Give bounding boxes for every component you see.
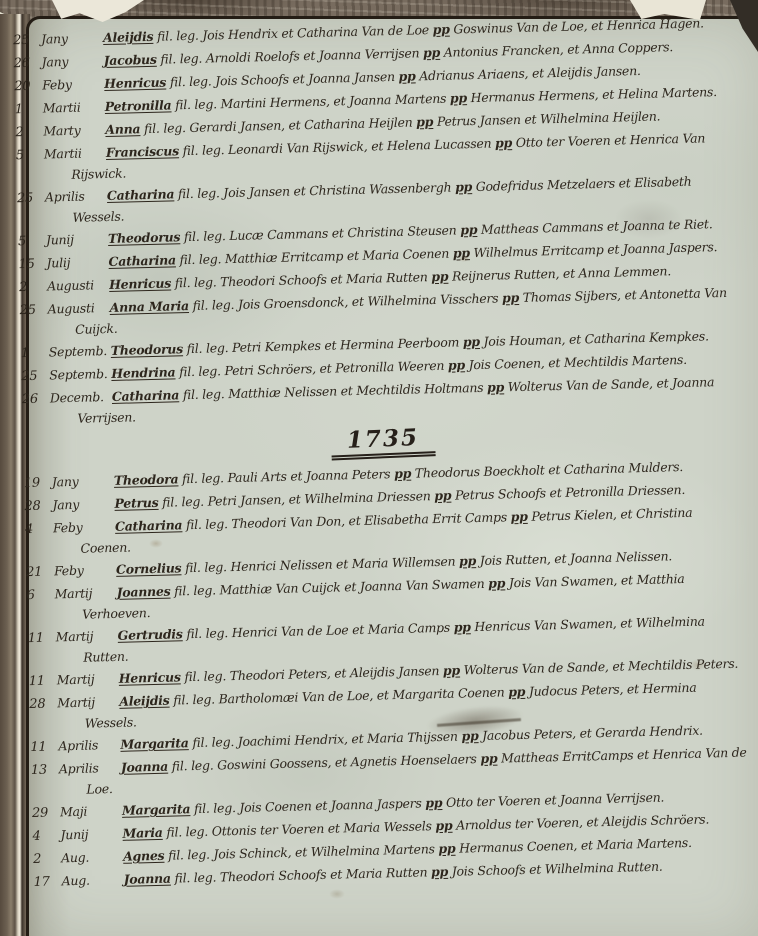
entry-child-name: Petrus — [114, 495, 158, 511]
entry-day: 1 — [21, 343, 49, 364]
entry-month: Martii — [44, 143, 106, 165]
entry-day: 2 — [33, 849, 61, 870]
entry-child-name: Jacobus — [103, 52, 156, 68]
entry-day: 11 — [28, 628, 56, 649]
entry-child-name: Cornelius — [116, 560, 182, 577]
entry-pp-mark: pp — [488, 575, 505, 590]
entry-parents: fil. leg. Theodori Schoofs et Maria Rutt… — [174, 864, 427, 885]
entry-child-name: Anna — [105, 121, 140, 137]
entry-month: Aprilis — [45, 186, 107, 208]
entry-day: 28 — [29, 694, 57, 715]
entry-day: 25 — [19, 300, 47, 321]
entry-day: 1 — [15, 100, 43, 121]
entry-child-name: Joanna — [121, 759, 168, 775]
entry-parents: fil. leg. Matthiæ Erritcamp et Maria Coe… — [179, 246, 449, 268]
entry-pp-mark: pp — [508, 684, 525, 699]
entry-sponsors: Adrianus Ariaens, et Aleijdis Jansen. — [419, 63, 641, 83]
entry-day: 6 — [26, 585, 54, 606]
entry-month: Junij — [46, 229, 108, 251]
entry-child-name: Aleijdis — [119, 693, 170, 709]
entry-pp-mark: pp — [416, 114, 433, 129]
entry-parents: fil. leg. Lucæ Cammans et Christina Steu… — [184, 222, 457, 244]
entry-sponsors: Jois Schoofs et Wilhelmina Rutten. — [452, 859, 663, 879]
entry-child-name: Hendrina — [111, 364, 175, 381]
entry-pp-mark: pp — [435, 818, 452, 833]
entry-pp-mark: pp — [455, 179, 472, 194]
entry-month: Martij — [54, 583, 116, 605]
entry-parents: fil. leg. Goswini Goossens, et Agnetis H… — [172, 751, 477, 773]
entry-sponsors: Mattheas Cammans et Joanna te Riet. — [481, 216, 713, 237]
entry-day: 25 — [21, 366, 49, 387]
entry-child-name: Henricus — [119, 669, 181, 686]
entry-day: 15 — [18, 255, 46, 276]
entry-day: 11 — [29, 671, 57, 692]
entry-pp-mark: pp — [431, 864, 448, 879]
entry-month: Martij — [57, 669, 119, 691]
entry-day: 4 — [25, 519, 53, 540]
entry-pp-mark: pp — [461, 728, 478, 743]
entry-pp-mark: pp — [510, 509, 527, 524]
entry-parents: fil. leg. Bartholomæi Van de Loe, et Mar… — [173, 684, 505, 707]
entry-day: 26 — [13, 54, 41, 75]
foxing-spot — [329, 889, 345, 899]
entry-day: 29 — [32, 803, 60, 824]
entry-day: 5 — [16, 146, 44, 167]
entry-pp-mark: pp — [460, 222, 477, 237]
entry-month: Aug. — [61, 847, 123, 869]
entry-child-name: Anna Maria — [109, 298, 189, 315]
entry-child-name: Maria — [122, 825, 162, 841]
entry-day: 2 — [19, 278, 47, 299]
entry-child-name: Henricus — [109, 275, 171, 292]
entry-child-name: Gertrudis — [117, 626, 182, 643]
entry-month: Jany — [52, 494, 114, 516]
entry-parents: fil. leg. Henrici Nelissen et Maria Will… — [185, 554, 456, 576]
entry-child-name: Margarita — [120, 735, 189, 752]
entry-parents: fil. leg. Martini Hermens, et Joanna Mar… — [175, 91, 446, 113]
entry-sponsors: Hermanus Coenen, et Maria Martens. — [459, 835, 692, 856]
entry-child-name: Agnes — [123, 848, 165, 864]
entry-sponsors: Goswinus Van de Loe, et Henrica Hagen. — [453, 15, 704, 36]
entry-parents: fil. leg. Theodori Schoofs et Maria Rutt… — [175, 269, 428, 290]
entry-day: 13 — [31, 760, 59, 781]
entry-pp-mark: pp — [438, 841, 455, 856]
entry-parents: fil. leg. Matthiæ Van Cuijck et Joanna V… — [174, 576, 485, 599]
entry-child-name: Catharina — [112, 387, 180, 404]
entry-pp-mark: pp — [398, 68, 415, 83]
entry-month: Feby — [53, 517, 115, 539]
entry-parents: fil. leg. Jois Schinck, et Wilhelmina Ma… — [168, 841, 435, 863]
entry-month: Decemb. — [50, 387, 112, 409]
entry-month: Feby — [54, 560, 116, 582]
entry-parents: fil. leg. Petri Kempkes et Hermina Peerb… — [186, 334, 459, 356]
entry-sponsors: Petrus Jansen et Wilhelmina Heijlen. — [437, 108, 661, 128]
entry-parents: fil. leg. Arnoldi Roelofs et Joanna Verr… — [160, 45, 419, 66]
entry-pp-mark: pp — [487, 379, 504, 394]
entry-pp-mark: pp — [502, 290, 519, 305]
entry-pp-mark: pp — [432, 22, 449, 37]
entry-sponsors: Jois Houman, et Catharina Kempkes. — [483, 328, 709, 348]
entry-sponsors: Petrus Schoofs et Petronilla Driessen. — [455, 482, 685, 503]
entry-month: Aprilis — [59, 758, 121, 780]
entry-parents: fil. leg. Petri Schröers, et Petronilla … — [179, 358, 444, 379]
entry-sponsors: Arnoldus ter Voeren, et Aleijdis Schröer… — [456, 811, 709, 832]
entry-parents: fil. leg. Theodori Van Don, et Elisabeth… — [186, 509, 507, 532]
entry-parents: fil. leg. Jois Coenen et Joanna Jaspers — [194, 796, 422, 817]
entry-child-name: Theodorus — [108, 229, 181, 246]
entry-pp-mark: pp — [448, 357, 465, 372]
entry-child-name: Aleijdis — [103, 29, 154, 45]
entry-pp-mark: pp — [434, 488, 451, 503]
entry-parents: fil. leg. Gerardi Jansen, et Catharina H… — [144, 115, 413, 137]
entry-pp-mark: pp — [431, 269, 448, 284]
entry-day: 26 — [22, 389, 50, 410]
entry-month: Aprilis — [58, 735, 120, 757]
entry-parents: fil. leg. Petri Jansen, et Wilhelmina Dr… — [162, 488, 431, 510]
entry-sponsors: Jois Rutten, et Joanna Nelissen. — [480, 548, 673, 568]
entry-sponsors: Hermanus Hermens, et Helina Martens. — [470, 84, 717, 105]
entry-child-name: Franciscus — [106, 143, 179, 160]
entry-month: Jany — [41, 51, 103, 73]
entry-day: 19 — [24, 473, 52, 494]
entry-pp-mark: pp — [495, 135, 512, 150]
entry-parents: fil. leg. Henrici Van de Loe et Maria Ca… — [186, 620, 450, 641]
entry-parents: fil. leg. Jois Jansen et Christina Wasse… — [178, 180, 452, 202]
entry-parents: fil. leg. Joachimi Hendrix, et Maria Thi… — [192, 729, 458, 750]
entry-day: 4 — [32, 826, 60, 847]
entry-parents: fil. leg. Matthiæ Nelissen et Mechtildis… — [183, 380, 484, 402]
entry-child-name: Henricus — [104, 75, 166, 92]
entry-pp-mark: pp — [463, 334, 480, 349]
entry-month: Martii — [43, 97, 105, 119]
entry-child-name: Theodora — [114, 471, 179, 488]
entry-day: 2 — [15, 123, 43, 144]
entry-pp-mark: pp — [480, 751, 497, 766]
entry-parents: fil. leg. Ottonis ter Voeren et Maria We… — [166, 818, 432, 839]
entry-pp-mark: pp — [425, 795, 442, 810]
entry-day: 25 — [13, 31, 41, 52]
entry-day: 5 — [18, 232, 46, 253]
entry-pp-mark: pp — [453, 245, 470, 260]
entry-pp-mark: pp — [443, 663, 460, 678]
entry-month: Feby — [42, 74, 104, 96]
entry-month: Aug. — [61, 870, 123, 892]
entry-month: Junij — [60, 824, 122, 846]
entry-child-name: Margarita — [122, 801, 191, 818]
entry-month: Septemb. — [49, 364, 111, 386]
entry-parents: fil. leg. Theodori Peters, et Aleijdis J… — [184, 663, 439, 684]
entry-sponsors: Wilhelmus Erritcamp et Joanna Jaspers. — [473, 239, 717, 260]
entry-parents: fil. leg. Jois Hendrix et Catharina Van … — [157, 22, 429, 44]
entry-sponsors: Jacobus Peters, et Gerarda Hendrix. — [482, 723, 703, 743]
entry-month: Septemb. — [49, 341, 111, 363]
entry-month: Julij — [46, 252, 108, 274]
entry-day: 11 — [30, 737, 58, 758]
entry-month: Jany — [41, 28, 103, 50]
entry-sponsors: Reijnerus Rutten, et Anna Lemmen. — [452, 263, 671, 283]
entry-month: Augusti — [47, 298, 109, 320]
entry-child-name: Catharina — [108, 252, 176, 269]
entry-day: 21 — [26, 562, 54, 583]
entry-sponsors: Otto ter Voeren et Joanna Verrijsen. — [446, 790, 665, 810]
entry-month: Augusti — [47, 275, 109, 297]
entry-child-name: Joannes — [116, 584, 170, 600]
entry-sponsors: Antonius Francken, et Anna Coppers. — [444, 39, 674, 60]
entry-month: Marty — [43, 120, 105, 142]
entry-day: 28 — [24, 496, 52, 517]
entry-day: 25 — [17, 189, 45, 210]
entry-child-name: Catharina — [115, 517, 183, 534]
entries-1734: 25JanyAleijdis fil. leg. Jois Hendrix et… — [13, 13, 743, 430]
entry-child-name: Petronilla — [105, 97, 172, 114]
baptism-entries: 25JanyAleijdis fil. leg. Jois Hendrix et… — [13, 13, 754, 895]
entry-pp-mark: pp — [450, 90, 467, 105]
entry-pp-mark: pp — [459, 553, 476, 568]
entry-month: Maji — [60, 801, 122, 823]
year-heading: 1735 — [330, 423, 435, 460]
entry-pp-mark: pp — [454, 619, 471, 634]
entry-pp-mark: pp — [394, 466, 411, 481]
entry-month: Martij — [55, 626, 117, 648]
entry-sponsors: Wolterus Van de Sande, et Mechtildis Pet… — [463, 656, 738, 678]
entry-child-name: Joanna — [123, 871, 170, 887]
entry-pp-mark: pp — [423, 45, 440, 60]
entry-child-name: Theodorus — [111, 341, 184, 358]
entry-sponsors: Jois Coenen, et Mechtildis Martens. — [468, 352, 687, 372]
entry-sponsors: Theodorus Boeckholt et Catharina Mulders… — [415, 459, 684, 481]
entries-1735: 19JanyTheodora fil. leg. Pauli Arts et J… — [24, 456, 754, 893]
entry-month: Jany — [52, 471, 114, 493]
entry-month: Martij — [57, 692, 119, 714]
entry-child-name: Catharina — [107, 186, 175, 203]
entry-parents: fil. leg. Jois Schoofs et Joanna Jansen — [170, 69, 395, 89]
entry-parents: fil. leg. Jois Groensdonck, et Wilhelmin… — [192, 290, 498, 312]
entry-parents: fil. leg. Pauli Arts et Joanna Peters — [182, 466, 391, 486]
entry-parents: fil. leg. Leonardi Van Rijswick, et Hele… — [182, 136, 491, 159]
entry-day: 20 — [14, 77, 42, 98]
entry-day: 17 — [33, 872, 61, 893]
